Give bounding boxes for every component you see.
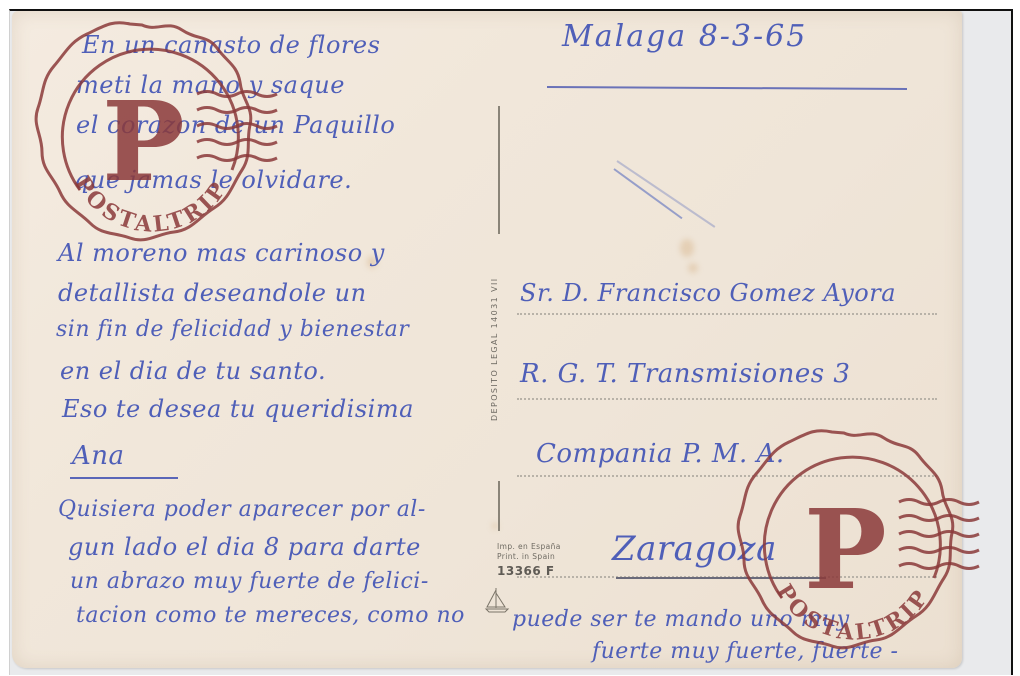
pencil-stroke xyxy=(613,168,682,219)
message-line: tacion como te mereces, como no xyxy=(76,603,465,628)
message-line: Eso te desea tu queridisima xyxy=(62,395,414,423)
sailboat-icon xyxy=(482,586,512,616)
signature: Ana xyxy=(72,441,125,471)
place-date: Malaga 8-3-65 xyxy=(562,19,807,54)
svg-text:P: P xyxy=(804,485,887,614)
postaltrip-logo-icon: P POSTALTRIP xyxy=(734,428,994,658)
signature-underline xyxy=(70,477,178,479)
center-divider-lower xyxy=(498,481,500,531)
message-line: en el dia de tu santo. xyxy=(60,357,326,385)
stain xyxy=(680,239,694,257)
watermark-stamp-top-left: P POSTALTRIP xyxy=(32,20,292,254)
postaltrip-logo-icon: P POSTALTRIP xyxy=(32,20,292,250)
deposito-legal: DEPOSITO LEGAL 14031 VII xyxy=(490,278,499,421)
pencil-stroke xyxy=(616,160,715,228)
message-line: sin fin de felicidad y bienestar xyxy=(56,317,409,342)
printer-info: Imp. en España Print. in Spain xyxy=(497,542,561,562)
address-line xyxy=(517,398,937,400)
message-line: gun lado el dia 8 para darte xyxy=(68,533,421,561)
address-line xyxy=(517,313,937,315)
recipient-unit: R. G. T. Transmisiones 3 xyxy=(520,359,850,389)
recipient-name: Sr. D. Francisco Gomez Ayora xyxy=(520,279,896,307)
print-spain: Print. in Spain xyxy=(497,552,561,562)
message-line: Quisiera poder aparecer por al- xyxy=(58,497,426,522)
stain xyxy=(688,263,698,273)
message-line: un abrazo muy fuerte de felici- xyxy=(70,569,429,594)
center-divider xyxy=(498,106,500,234)
svg-text:P: P xyxy=(102,77,185,206)
imp-spain: Imp. en España xyxy=(497,542,561,552)
message-line: detallista deseandole un xyxy=(58,279,367,307)
place-date-underline xyxy=(547,86,907,90)
watermark-stamp-bottom-right: P POSTALTRIP xyxy=(734,428,994,662)
